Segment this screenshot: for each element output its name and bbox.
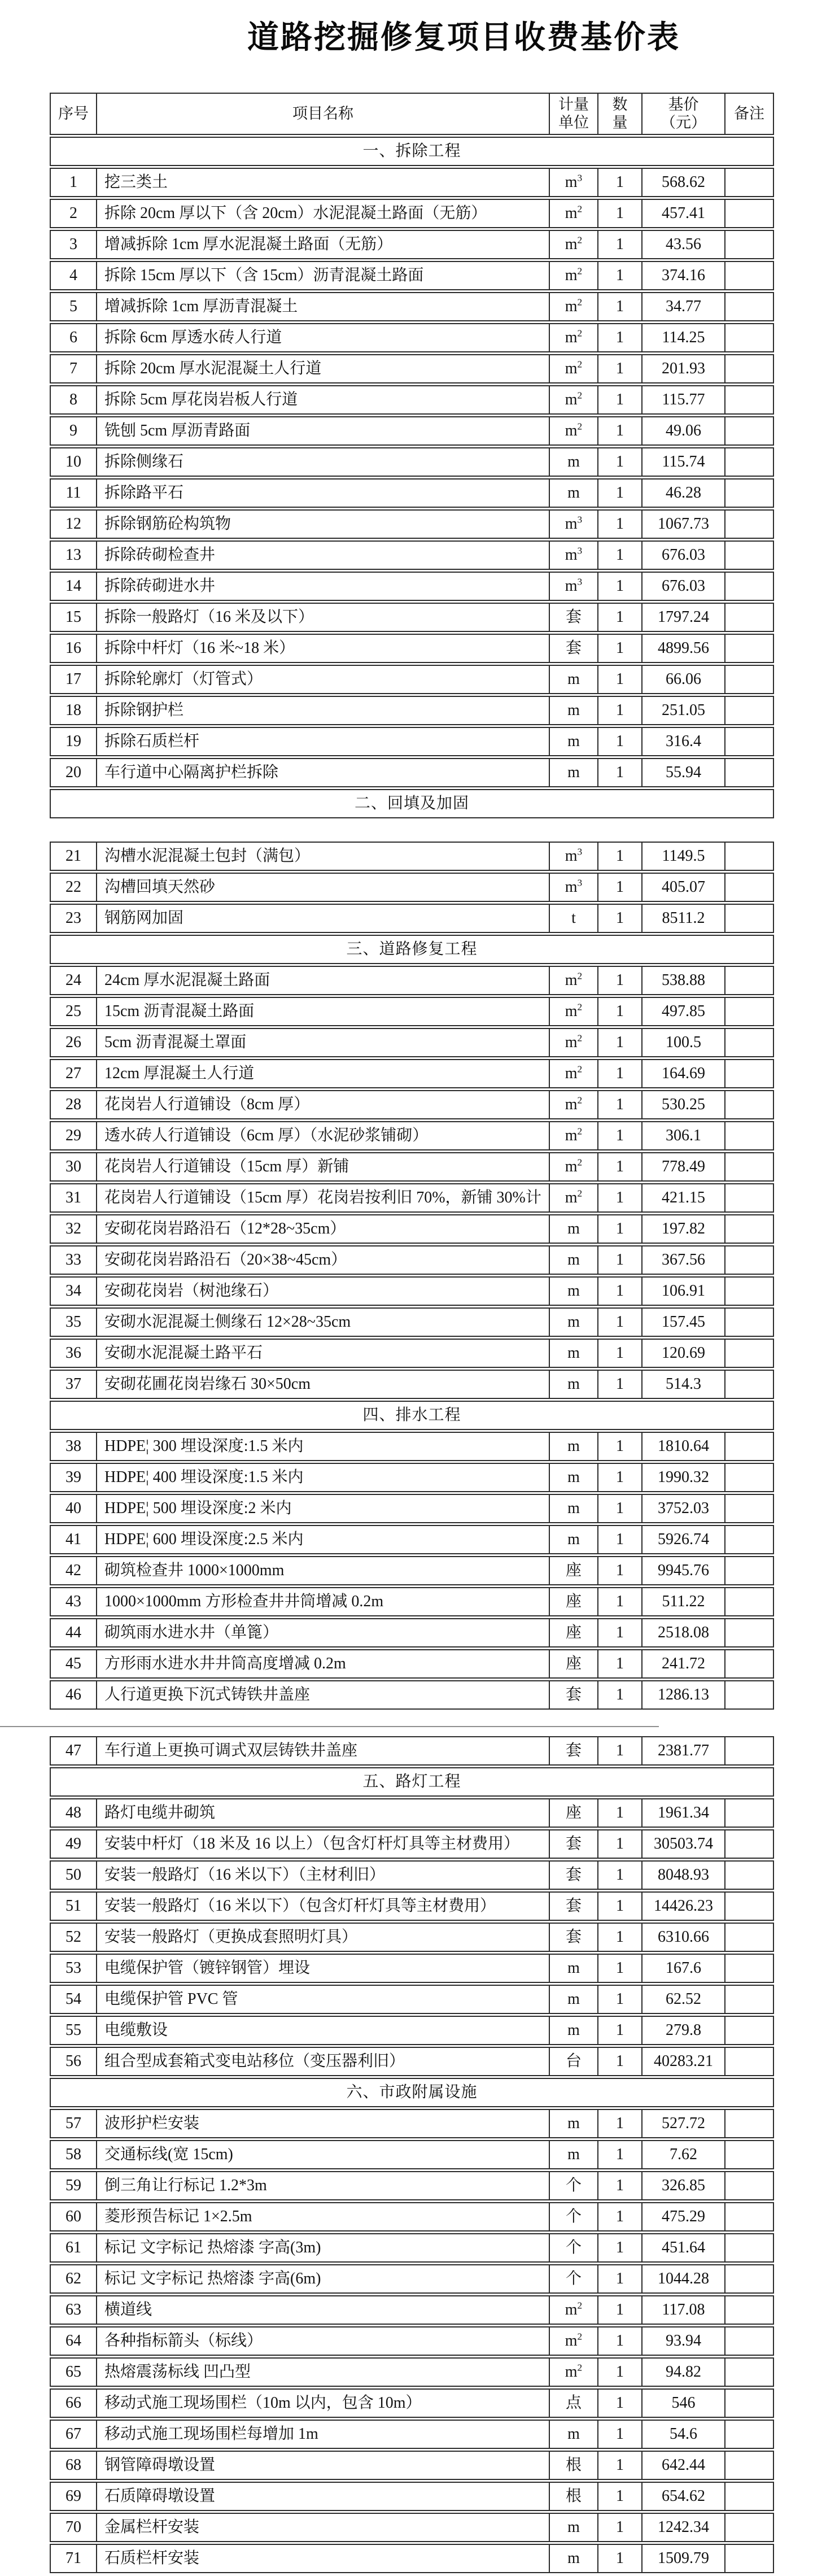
cell-quantity: 1 — [598, 727, 642, 756]
cell-item-name: 人行道更换下沉式铸铁井盖座 — [97, 1680, 550, 1710]
cell-base-price: 421.15 — [642, 1183, 725, 1213]
cell-item-name: 安装一般路灯（16 米以下）（主材利旧） — [97, 1860, 550, 1890]
cell-unit: m — [550, 1307, 598, 1337]
cell-serial-no: 33 — [50, 1245, 97, 1275]
table-row: 62标记 文字标记 热熔漆 字高(6m)个11044.28 — [50, 2264, 774, 2294]
cell-serial-no: 53 — [50, 1954, 97, 1983]
cell-base-price: 2518.08 — [642, 1618, 725, 1647]
cell-note — [725, 1923, 774, 1952]
cell-base-price: 514.3 — [642, 1370, 725, 1399]
cell-serial-no: 48 — [50, 1798, 97, 1828]
cell-base-price: 527.72 — [642, 2109, 725, 2138]
cell-quantity: 1 — [598, 1463, 642, 1492]
cell-note — [725, 230, 774, 259]
cell-item-name: 24cm 厚水泥混凝土路面 — [97, 966, 550, 995]
cell-item-name: 拆除砖砌进水井 — [97, 572, 550, 601]
cell-item-name: 拆除钢筋砼构筑物 — [97, 509, 550, 539]
column-header-unit: 计量 单位 — [550, 93, 598, 135]
cell-item-name: 安装一般路灯（16 米以下）（包含灯杆灯具等主材费用） — [97, 1891, 550, 1921]
cell-item-name: 金属栏杆安装 — [97, 2513, 550, 2542]
cell-item-name: HDPE¦ 300 埋设深度:1.5 米内 — [97, 1432, 550, 1461]
cell-quantity: 1 — [598, 2388, 642, 2418]
cell-quantity: 1 — [598, 1736, 642, 1766]
cell-quantity: 1 — [598, 1121, 642, 1150]
cell-unit: m2 — [550, 997, 598, 1026]
column-header-price-line1: 基价 — [668, 96, 699, 113]
cell-quantity: 1 — [598, 2171, 642, 2200]
cell-note — [725, 2388, 774, 2418]
cell-serial-no: 40 — [50, 1494, 97, 1523]
table-row: 5增减拆除 1cm 厚沥青混凝土m2134.77 — [50, 292, 774, 321]
cell-quantity: 1 — [598, 1954, 642, 1983]
unit-exponent: 2 — [578, 1064, 583, 1075]
cell-item-name: 拆除路平石 — [97, 478, 550, 508]
cell-quantity: 1 — [598, 416, 642, 446]
cell-note — [725, 261, 774, 290]
cell-serial-no: 28 — [50, 1090, 97, 1119]
cell-base-price: 457.41 — [642, 199, 725, 228]
cell-quantity: 1 — [598, 230, 642, 259]
table-row: 22沟槽回填天然砂m31405.07 — [50, 873, 774, 902]
cell-quantity: 1 — [598, 1183, 642, 1213]
cell-quantity: 1 — [598, 1432, 642, 1461]
section-label: 二、回填及加固 — [50, 789, 774, 818]
cell-serial-no: 30 — [50, 1152, 97, 1182]
cell-item-name: 拆除石质栏杆 — [97, 727, 550, 756]
cell-serial-no: 36 — [50, 1339, 97, 1368]
price-table-block-3: 47车行道上更换可调式双层铸铁井盖座套12381.77五、路灯工程48路灯电缆井… — [50, 1734, 774, 2575]
cell-unit: 个 — [550, 2171, 598, 2200]
cell-unit: m — [550, 727, 598, 756]
cell-base-price: 114.25 — [642, 323, 725, 352]
cell-serial-no: 54 — [50, 1985, 97, 2014]
cell-serial-no: 21 — [50, 842, 97, 871]
cell-quantity: 1 — [598, 2264, 642, 2294]
cell-serial-no: 12 — [50, 509, 97, 539]
cell-item-name: 安砌花岗岩（树池缘石） — [97, 1276, 550, 1306]
cell-item-name: 标记 文字标记 热熔漆 字高(6m) — [97, 2264, 550, 2294]
cell-note — [725, 696, 774, 725]
cell-serial-no: 56 — [50, 2047, 97, 2076]
cell-item-name: 安装一般路灯（更换成套照明灯具） — [97, 1923, 550, 1952]
cell-item-name: 钢管障碍墩设置 — [97, 2451, 550, 2480]
cell-unit: 套 — [550, 603, 598, 632]
cell-unit: m — [550, 2016, 598, 2045]
cell-item-name: 石质障碍墩设置 — [97, 2482, 550, 2511]
cell-quantity: 1 — [598, 1214, 642, 1244]
cell-serial-no: 43 — [50, 1587, 97, 1616]
cell-quantity: 1 — [598, 1556, 642, 1585]
cell-note — [725, 385, 774, 415]
cell-item-name: 增减拆除 1cm 厚水泥混凝土路面（无筋） — [97, 230, 550, 259]
cell-serial-no: 41 — [50, 1525, 97, 1554]
column-header-index: 序号 — [50, 93, 97, 135]
cell-quantity: 1 — [598, 758, 642, 787]
cell-quantity: 1 — [598, 1985, 642, 2014]
cell-item-name: 拆除钢护栏 — [97, 696, 550, 725]
cell-base-price: 8511.2 — [642, 904, 725, 933]
column-header-name: 项目名称 — [97, 93, 550, 135]
column-header-price: 基价 （元） — [642, 93, 725, 135]
table-row: 14拆除砖砌进水井m31676.03 — [50, 572, 774, 601]
table-row: 9铣刨 5cm 厚沥青路面m2149.06 — [50, 416, 774, 446]
cell-unit: 套 — [550, 1680, 598, 1710]
table-row: 431000×1000mm 方形检查井井筒增减 0.2m座1511.22 — [50, 1587, 774, 1616]
table-row: 15拆除一般路灯（16 米及以下）套11797.24 — [50, 603, 774, 632]
cell-serial-no: 55 — [50, 2016, 97, 2045]
section-label: 五、路灯工程 — [50, 1767, 774, 1797]
cell-quantity: 1 — [598, 1860, 642, 1890]
cell-note — [725, 665, 774, 694]
cell-base-price: 1797.24 — [642, 603, 725, 632]
cell-quantity: 1 — [598, 1923, 642, 1952]
cell-quantity: 1 — [598, 966, 642, 995]
unit-exponent: 2 — [578, 1157, 583, 1168]
cell-note — [725, 2140, 774, 2169]
unit-exponent: 2 — [578, 328, 583, 339]
cell-quantity: 1 — [598, 478, 642, 508]
table-row: 48路灯电缆井砌筑座11961.34 — [50, 1798, 774, 1828]
table-row: 16拆除中杆灯（16 米~18 米）套14899.56 — [50, 634, 774, 663]
cell-note — [725, 1183, 774, 1213]
cell-base-price: 8048.93 — [642, 1860, 725, 1890]
cell-serial-no: 61 — [50, 2233, 97, 2263]
cell-quantity: 1 — [598, 2451, 642, 2480]
table-row: 20车行道中心隔离护栏拆除m155.94 — [50, 758, 774, 787]
table-row: 50安装一般路灯（16 米以下）（主材利旧）套18048.93 — [50, 1860, 774, 1890]
price-table-block-2: 21沟槽水泥混凝土包封（满包）m311149.522沟槽回填天然砂m31405.… — [50, 840, 774, 1711]
cell-note — [725, 1245, 774, 1275]
cell-item-name: 15cm 沥青混凝土路面 — [97, 997, 550, 1026]
table-row: 6拆除 6cm 厚透水砖人行道m21114.25 — [50, 323, 774, 352]
cell-unit: m2 — [550, 2326, 598, 2356]
cell-note — [725, 1860, 774, 1890]
cell-note — [725, 478, 774, 508]
cell-serial-no: 22 — [50, 873, 97, 902]
cell-quantity: 1 — [598, 2109, 642, 2138]
cell-item-name: 倒三角让行标记 1.2*3m — [97, 2171, 550, 2200]
cell-serial-no: 29 — [50, 1121, 97, 1150]
cell-note — [725, 354, 774, 383]
cell-unit: m2 — [550, 354, 598, 383]
cell-unit: m2 — [550, 1121, 598, 1150]
column-header-qty-line2: 量 — [613, 114, 628, 131]
document-page: 道路挖掘修复项目收费基价表 序号 项目名称 计量 单位 数 量 基价 （元） — [0, 0, 813, 2576]
cell-quantity: 1 — [598, 292, 642, 321]
cell-serial-no: 57 — [50, 2109, 97, 2138]
table-row: 70金属栏杆安装m11242.34 — [50, 2513, 774, 2542]
table-row: 2712cm 厚混凝土人行道m21164.69 — [50, 1059, 774, 1088]
cell-serial-no: 60 — [50, 2202, 97, 2231]
cell-item-name: 组合型成套箱式变电站移位（变压器利旧） — [97, 2047, 550, 2076]
cell-quantity: 1 — [598, 541, 642, 570]
table-row: 42砌筑检查井 1000×1000mm座19945.76 — [50, 1556, 774, 1585]
unit-exponent: 2 — [578, 1188, 583, 1199]
cell-base-price: 100.5 — [642, 1028, 725, 1057]
table-row: 45方形雨水进水井井筒高度增减 0.2m座1241.72 — [50, 1649, 774, 1679]
cell-base-price: 1990.32 — [642, 1463, 725, 1492]
cell-unit: m2 — [550, 1152, 598, 1182]
table-row: 57波形护栏安装m1527.72 — [50, 2109, 774, 2138]
cell-unit: 座 — [550, 1649, 598, 1679]
cell-note — [725, 2482, 774, 2511]
cell-base-price: 54.6 — [642, 2420, 725, 2449]
table-row: 37安砌花圃花岗岩缘石 30×50cmm1514.3 — [50, 1370, 774, 1399]
table-header-row: 序号 项目名称 计量 单位 数 量 基价 （元） 备注 — [50, 93, 774, 135]
table-row: 36安砌水泥混凝土路平石m1120.69 — [50, 1339, 774, 1368]
cell-unit: 点 — [550, 2388, 598, 2418]
cell-quantity: 1 — [598, 447, 642, 477]
table-row: 33安砌花岗岩路沿石（20×38~45cm）m1367.56 — [50, 1245, 774, 1275]
unit-exponent: 2 — [578, 297, 583, 308]
section-label: 六、市政附属设施 — [50, 2078, 774, 2107]
cell-unit: m — [550, 665, 598, 694]
table-row: 38HDPE¦ 300 埋设深度:1.5 米内m11810.64 — [50, 1432, 774, 1461]
cell-serial-no: 16 — [50, 634, 97, 663]
cell-serial-no: 18 — [50, 696, 97, 725]
table-row: 59倒三角让行标记 1.2*3m个1326.85 — [50, 2171, 774, 2200]
cell-serial-no: 68 — [50, 2451, 97, 2480]
cell-note — [725, 1891, 774, 1921]
cell-quantity: 1 — [598, 1339, 642, 1368]
cell-item-name: 车行道上更换可调式双层铸铁井盖座 — [97, 1736, 550, 1766]
cell-serial-no: 20 — [50, 758, 97, 787]
cell-serial-no: 59 — [50, 2171, 97, 2200]
table-row: 66移动式施工现场围栏（10m 以内，包含 10m）点1546 — [50, 2388, 774, 2418]
section-label: 一、拆除工程 — [50, 137, 774, 166]
cell-serial-no: 1 — [50, 168, 97, 197]
cell-note — [725, 1370, 774, 1399]
cell-unit: m2 — [550, 966, 598, 995]
column-header-unit-line1: 计量 — [558, 96, 589, 113]
cell-serial-no: 32 — [50, 1214, 97, 1244]
cell-unit: m2 — [550, 385, 598, 415]
cell-unit: m2 — [550, 292, 598, 321]
unit-exponent: 2 — [578, 1126, 583, 1137]
table-row: 46人行道更换下沉式铸铁井盖座套11286.13 — [50, 1680, 774, 1710]
cell-unit: 套 — [550, 1860, 598, 1890]
cell-base-price: 30503.74 — [642, 1829, 725, 1859]
table-row: 40HDPE¦ 500 埋设深度:2 米内m13752.03 — [50, 1494, 774, 1523]
cell-item-name: 5cm 沥青混凝土罩面 — [97, 1028, 550, 1057]
table-row: 23钢筋网加固t18511.2 — [50, 904, 774, 933]
price-table-block-1: 序号 项目名称 计量 单位 数 量 基价 （元） 备注 一、拆除工程1挖三类土m… — [50, 91, 774, 820]
unit-exponent: 2 — [578, 1095, 583, 1106]
cell-item-name: 拆除 5cm 厚花岗岩板人行道 — [97, 385, 550, 415]
cell-base-price: 94.82 — [642, 2357, 725, 2387]
cell-note — [725, 416, 774, 446]
cell-quantity: 1 — [598, 2295, 642, 2325]
cell-quantity: 1 — [598, 2420, 642, 2449]
cell-base-price: 40283.21 — [642, 2047, 725, 2076]
cell-base-price: 654.62 — [642, 2482, 725, 2511]
cell-quantity: 1 — [598, 2202, 642, 2231]
cell-unit: 台 — [550, 2047, 598, 2076]
cell-note — [725, 199, 774, 228]
cell-serial-no: 5 — [50, 292, 97, 321]
cell-item-name: 花岗岩人行道铺设（15cm 厚）新铺 — [97, 1152, 550, 1182]
cell-quantity: 1 — [598, 1090, 642, 1119]
cell-note — [725, 572, 774, 601]
table-row: 41HDPE¦ 600 埋设深度:2.5 米内m15926.74 — [50, 1525, 774, 1554]
cell-note — [725, 292, 774, 321]
cell-item-name: 花岗岩人行道铺设（8cm 厚） — [97, 1090, 550, 1119]
cell-item-name: 钢筋网加固 — [97, 904, 550, 933]
cell-quantity: 1 — [598, 2047, 642, 2076]
cell-item-name: 电缆敷设 — [97, 2016, 550, 2045]
cell-serial-no: 66 — [50, 2388, 97, 2418]
cell-quantity: 1 — [598, 1307, 642, 1337]
cell-quantity: 1 — [598, 1152, 642, 1182]
cell-serial-no: 37 — [50, 1370, 97, 1399]
unit-exponent: 2 — [578, 359, 583, 370]
cell-serial-no: 24 — [50, 966, 97, 995]
cell-quantity: 1 — [598, 1059, 642, 1088]
cell-item-name: HDPE¦ 400 埋设深度:1.5 米内 — [97, 1463, 550, 1492]
unit-exponent: 3 — [578, 878, 583, 888]
table-row: 49安装中杆灯（18 米及 16 以上）（包含灯杆灯具等主材费用）套130503… — [50, 1829, 774, 1859]
cell-item-name: 砌筑检查井 1000×1000mm — [97, 1556, 550, 1585]
cell-note — [725, 509, 774, 539]
cell-item-name: 移动式施工现场围栏（10m 以内，包含 10m） — [97, 2388, 550, 2418]
cell-unit: m2 — [550, 1183, 598, 1213]
cell-base-price: 451.64 — [642, 2233, 725, 2263]
column-header-price-line2: （元） — [661, 114, 706, 131]
table-row: 65热熔震荡标线 凹凸型m2194.82 — [50, 2357, 774, 2387]
cell-note — [725, 1954, 774, 1983]
column-header-note: 备注 — [725, 93, 774, 135]
cell-unit: m — [550, 758, 598, 787]
cell-unit: m — [550, 1463, 598, 1492]
cell-unit: 座 — [550, 1587, 598, 1616]
cell-item-name: 菱形预告标记 1×2.5m — [97, 2202, 550, 2231]
table-row: 265cm 沥青混凝土罩面m21100.5 — [50, 1028, 774, 1057]
cell-item-name: 沟槽回填天然砂 — [97, 873, 550, 902]
cell-base-price: 55.94 — [642, 758, 725, 787]
cell-base-price: 530.25 — [642, 1090, 725, 1119]
cell-serial-no: 15 — [50, 603, 97, 632]
cell-item-name: 增减拆除 1cm 厚沥青混凝土 — [97, 292, 550, 321]
cell-item-name: 花岗岩人行道铺设（15cm 厚）花岗岩按利旧 70%，新铺 30%计 — [97, 1183, 550, 1213]
cell-item-name: 车行道中心隔离护栏拆除 — [97, 758, 550, 787]
unit-exponent: 2 — [578, 2363, 583, 2373]
cell-serial-no: 67 — [50, 2420, 97, 2449]
unit-exponent: 2 — [578, 1033, 583, 1044]
cell-unit: 套 — [550, 1923, 598, 1952]
cell-unit: m — [550, 1525, 598, 1554]
table-row: 53电缆保护管（镀锌钢管）埋设m1167.6 — [50, 1954, 774, 1983]
section-row: 一、拆除工程 — [50, 137, 774, 166]
cell-note — [725, 2233, 774, 2263]
cell-item-name: 电缆保护管（镀锌钢管）埋设 — [97, 1954, 550, 1983]
cell-quantity: 1 — [598, 603, 642, 632]
cell-base-price: 157.45 — [642, 1307, 725, 1337]
cell-item-name: 安装中杆灯（18 米及 16 以上）（包含灯杆灯具等主材费用） — [97, 1829, 550, 1859]
cell-note — [725, 1985, 774, 2014]
table-row: 2424cm 厚水泥混凝土路面m21538.88 — [50, 966, 774, 995]
cell-note — [725, 873, 774, 902]
cell-quantity: 1 — [598, 2544, 642, 2573]
cell-unit: m2 — [550, 1090, 598, 1119]
cell-unit: m — [550, 1214, 598, 1244]
table-row: 1挖三类土m31568.62 — [50, 168, 774, 197]
cell-serial-no: 65 — [50, 2357, 97, 2387]
cell-quantity: 1 — [598, 1494, 642, 1523]
cell-quantity: 1 — [598, 354, 642, 383]
cell-note — [725, 2295, 774, 2325]
cell-item-name: 拆除 20cm 厚以下（含 20cm）水泥混凝土路面（无筋） — [97, 199, 550, 228]
cell-note — [725, 2326, 774, 2356]
unit-exponent: 3 — [578, 173, 583, 184]
cell-quantity: 1 — [598, 1649, 642, 1679]
cell-item-name: 方形雨水进水井井筒高度增减 0.2m — [97, 1649, 550, 1679]
cell-item-name: 拆除侧缘石 — [97, 447, 550, 477]
table-row: 4拆除 15cm 厚以下（含 15cm）沥青混凝土路面m21374.16 — [50, 261, 774, 290]
cell-note — [725, 1059, 774, 1088]
cell-unit: m3 — [550, 168, 598, 197]
cell-base-price: 316.4 — [642, 727, 725, 756]
cell-unit: m3 — [550, 873, 598, 902]
cell-unit: m2 — [550, 199, 598, 228]
cell-item-name: 砌筑雨水进水井（单篦） — [97, 1618, 550, 1647]
cell-base-price: 326.85 — [642, 2171, 725, 2200]
cell-quantity: 1 — [598, 1680, 642, 1710]
cell-note — [725, 1028, 774, 1057]
cell-quantity: 1 — [598, 2016, 642, 2045]
cell-serial-no: 25 — [50, 997, 97, 1026]
cell-base-price: 106.91 — [642, 1276, 725, 1306]
unit-exponent: 2 — [578, 2331, 583, 2342]
cell-base-price: 778.49 — [642, 1152, 725, 1182]
section-row: 二、回填及加固 — [50, 789, 774, 818]
cell-quantity: 1 — [598, 904, 642, 933]
cell-note — [725, 1152, 774, 1182]
cell-quantity: 1 — [598, 1276, 642, 1306]
unit-exponent: 3 — [578, 546, 583, 556]
cell-serial-no: 50 — [50, 1860, 97, 1890]
cell-unit: m2 — [550, 416, 598, 446]
table-row: 71石质栏杆安装m11509.79 — [50, 2544, 774, 2573]
cell-unit: 座 — [550, 1556, 598, 1585]
cell-unit: m — [550, 1494, 598, 1523]
table-row: 21沟槽水泥混凝土包封（满包）m311149.5 — [50, 842, 774, 871]
cell-base-price: 115.74 — [642, 447, 725, 477]
cell-base-price: 117.08 — [642, 2295, 725, 2325]
cell-base-price: 1044.28 — [642, 2264, 725, 2294]
cell-base-price: 279.8 — [642, 2016, 725, 2045]
cell-quantity: 1 — [598, 873, 642, 902]
cell-base-price: 93.94 — [642, 2326, 725, 2356]
table-row: 56组合型成套箱式变电站移位（变压器利旧）台140283.21 — [50, 2047, 774, 2076]
table-row: 32安砌花岗岩路沿石（12*28~35cm）m1197.82 — [50, 1214, 774, 1244]
table-row: 52安装一般路灯（更换成套照明灯具）套16310.66 — [50, 1923, 774, 1952]
cell-item-name: 波形护栏安装 — [97, 2109, 550, 2138]
page-break-divider — [0, 1726, 659, 1727]
cell-serial-no: 2 — [50, 199, 97, 228]
unit-exponent: 2 — [578, 2300, 583, 2311]
cell-unit: m — [550, 2544, 598, 2573]
cell-serial-no: 62 — [50, 2264, 97, 2294]
cell-unit: m — [550, 2140, 598, 2169]
section-row: 三、道路修复工程 — [50, 935, 774, 964]
table-row: 11拆除路平石m146.28 — [50, 478, 774, 508]
cell-note — [725, 1736, 774, 1766]
cell-base-price: 306.1 — [642, 1121, 725, 1150]
table-row: 67移动式施工现场围栏每增加 1mm154.6 — [50, 2420, 774, 2449]
cell-unit: 个 — [550, 2264, 598, 2294]
cell-unit: m2 — [550, 1028, 598, 1057]
table-row: 58交通标线(宽 15cm)m17.62 — [50, 2140, 774, 2169]
